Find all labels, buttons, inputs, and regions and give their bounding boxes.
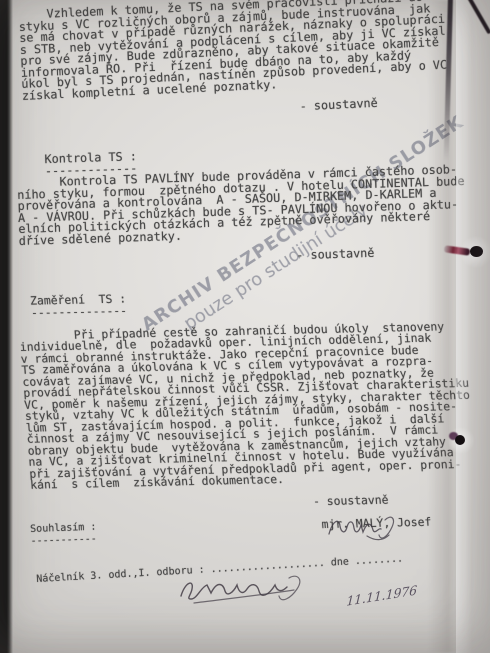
section-kontrola: Kontrola TS : ------------- Kontrola TS … (16, 141, 467, 270)
binding-hole-top (470, 246, 483, 257)
section-souhlasim: Souhlasím :----------- (30, 522, 97, 547)
paragraph-intro: Vzhledem k tomu, že TS na svém pracovišt… (18, 0, 449, 125)
document-photo: ARCHIV BEZPEČNOSTNÍCH SLOŽEK pouze pro s… (0, 0, 490, 653)
corner-pen-mark (467, 0, 490, 34)
section-zamereni: Zaměření TS : -------------- Při případn… (16, 286, 480, 537)
footer-line: Náčelník 3. odd.,I. odboru : ...........… (36, 553, 403, 585)
binding-hole-bottom (455, 435, 465, 445)
photo-left-edge (0, 0, 13, 653)
handwritten-date: 11.11.1976 (346, 582, 417, 609)
